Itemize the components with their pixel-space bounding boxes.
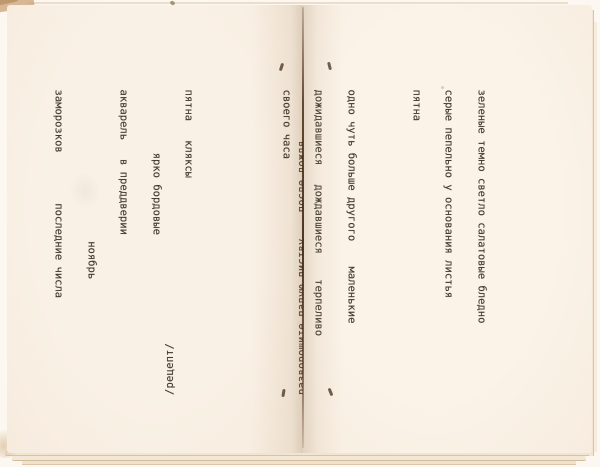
- right-page: зеленые темно светло салатовые бледно се…: [303, 5, 592, 453]
- poem-line: пятна кляксы: [185, 90, 194, 350]
- poem-line: пятна: [412, 90, 421, 350]
- blank-line: [217, 90, 226, 350]
- scanned-book-spread: /рецепт/ разворошите палую листву после …: [0, 0, 600, 467]
- poem-line: своего часа: [282, 90, 291, 350]
- page-stack-edge: [28, 2, 568, 4]
- poem-line: дожидавшиеся дождавшиеся терпеливо: [315, 90, 324, 350]
- blank-line: [380, 90, 389, 350]
- gutter-crease: [302, 7, 304, 448]
- poem-line: ярко бордовые: [152, 90, 161, 350]
- poem-line: зеленые темно светло салатовые бледно: [477, 90, 486, 350]
- poem-line: заморозков последние числа: [55, 90, 64, 350]
- blank-line: [250, 90, 259, 350]
- poem-line: ноябрь: [87, 90, 96, 350]
- poem-line: серые пепельно у основания листья: [445, 90, 454, 350]
- paper-speck: [441, 86, 444, 89]
- poem-line: акварель в преддверии: [120, 90, 129, 350]
- right-page-text: зеленые темно светло салатовые бледно се…: [391, 90, 510, 350]
- page-stack-edge: [594, 22, 597, 452]
- page-stack-edge: [22, 461, 576, 465]
- poem-line: одно чуть больше другого маленькие: [347, 90, 356, 350]
